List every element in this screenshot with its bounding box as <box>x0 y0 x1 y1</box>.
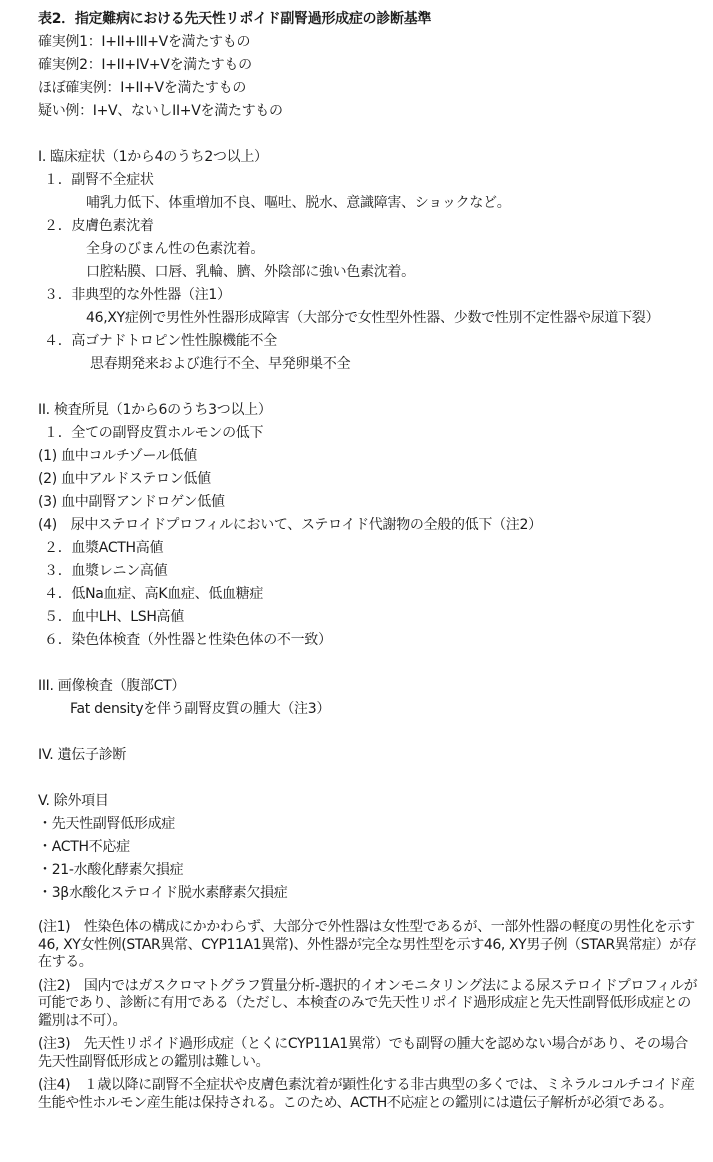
clinical-item-1: １．副腎不全症状 <box>38 169 713 192</box>
clinical-item-3: ３．非典型的な外性器（注1） <box>38 284 713 307</box>
lab-item-6: ６．染色体検査（外性器と性染色体の不一致） <box>38 629 713 652</box>
lab-item-1: １．全ての副腎皮質ホルモンの低下 <box>38 422 713 445</box>
note-3: (注3) 先天性リポイド過形成症（とくにCYP11A1異常）でも副腎の腫大を認め… <box>38 1036 698 1071</box>
lab-item-1-1: (1) 血中コルチゾール低値 <box>38 445 713 468</box>
lab-item-4: ４．低Na血症、高K血症、低血糖症 <box>38 583 713 606</box>
lab-item-1-4: (4) 尿中ステロイドプロフィルにおいて、ステロイド代謝物の全般的低下（注2） <box>38 514 713 537</box>
table-title: 表2．指定難病における先天性リポイド副腎過形成症の診断基準 <box>38 8 713 31</box>
clinical-item-3-detail: 46,XY症例で男性外性器形成障害（大部分で女性型外性器、少数で性別不定性器や尿… <box>38 307 713 330</box>
lab-item-3: ３．血漿レニン高値 <box>38 560 713 583</box>
lab-item-1-2: (2) 血中アルドステロン低値 <box>38 468 713 491</box>
category-definite-2: 確実例2：I+II+IV+Vを満たすもの <box>38 54 713 77</box>
note-1: (注1) 性染色体の構成にかかわらず、大部分で外性器は女性型であるが、一部外性器… <box>38 919 698 972</box>
clinical-item-1-detail: 哺乳力低下、体重増加不良、嘔吐、脱水、意識障害、ショックなど。 <box>38 192 713 215</box>
note-4: (注4) １歳以降に副腎不全症状や皮膚色素沈着が顕性化する非古典型の多くでは、ミ… <box>38 1077 698 1112</box>
category-suspected: 疑い例：I+V、ないしII+Vを満たすもの <box>38 100 713 123</box>
clinical-item-2-detail-1: 全身のびまん性の色素沈着。 <box>38 238 713 261</box>
imaging-detail: Fat densityを伴う副腎皮質の腫大（注3） <box>38 698 713 721</box>
category-definite-1: 確実例1：I+II+III+Vを満たすもの <box>38 31 713 54</box>
section-exclusion-heading: V. 除外項目 <box>38 790 713 813</box>
lab-item-1-3: (3) 血中副腎アンドロゲン低値 <box>38 491 713 514</box>
clinical-item-2-detail-2: 口腔粘膜、口唇、乳輪、臍、外陰部に強い色素沈着。 <box>38 261 713 284</box>
clinical-item-4-detail: 思春期発来および進行不全、早発卵巣不全 <box>38 353 713 376</box>
diagnostic-criteria-document: 表2．指定難病における先天性リポイド副腎過形成症の診断基準 確実例1：I+II+… <box>0 0 713 1112</box>
lab-item-2: ２．血漿ACTH高値 <box>38 537 713 560</box>
note-2: (注2) 国内ではガスクロマトグラフ質量分析-選択的イオンモニタリング法による尿… <box>38 978 698 1031</box>
section-clinical-heading: I. 臨床症状（1から4のうち2つ以上） <box>38 146 713 169</box>
section-lab-heading: II. 検査所見（1から6のうち3つ以上） <box>38 399 713 422</box>
lab-item-5: ５．血中LH、LSH高値 <box>38 606 713 629</box>
section-genetic-heading: IV. 遺伝子診断 <box>38 744 713 767</box>
category-probable: ほぼ確実例：I+II+Vを満たすもの <box>38 77 713 100</box>
exclusion-item-2: ・ACTH不応症 <box>38 836 713 859</box>
clinical-item-2: ２．皮膚色素沈着 <box>38 215 713 238</box>
exclusion-item-4: ・3β水酸化ステロイド脱水素酵素欠損症 <box>38 882 713 905</box>
exclusion-item-1: ・先天性副腎低形成症 <box>38 813 713 836</box>
clinical-item-4: ４．高ゴナドトロピン性性腺機能不全 <box>38 330 713 353</box>
section-imaging-heading: III. 画像検査（腹部CT） <box>38 675 713 698</box>
notes-section: (注1) 性染色体の構成にかかわらず、大部分で外性器は女性型であるが、一部外性器… <box>38 919 713 1112</box>
exclusion-item-3: ・21-水酸化酵素欠損症 <box>38 859 713 882</box>
